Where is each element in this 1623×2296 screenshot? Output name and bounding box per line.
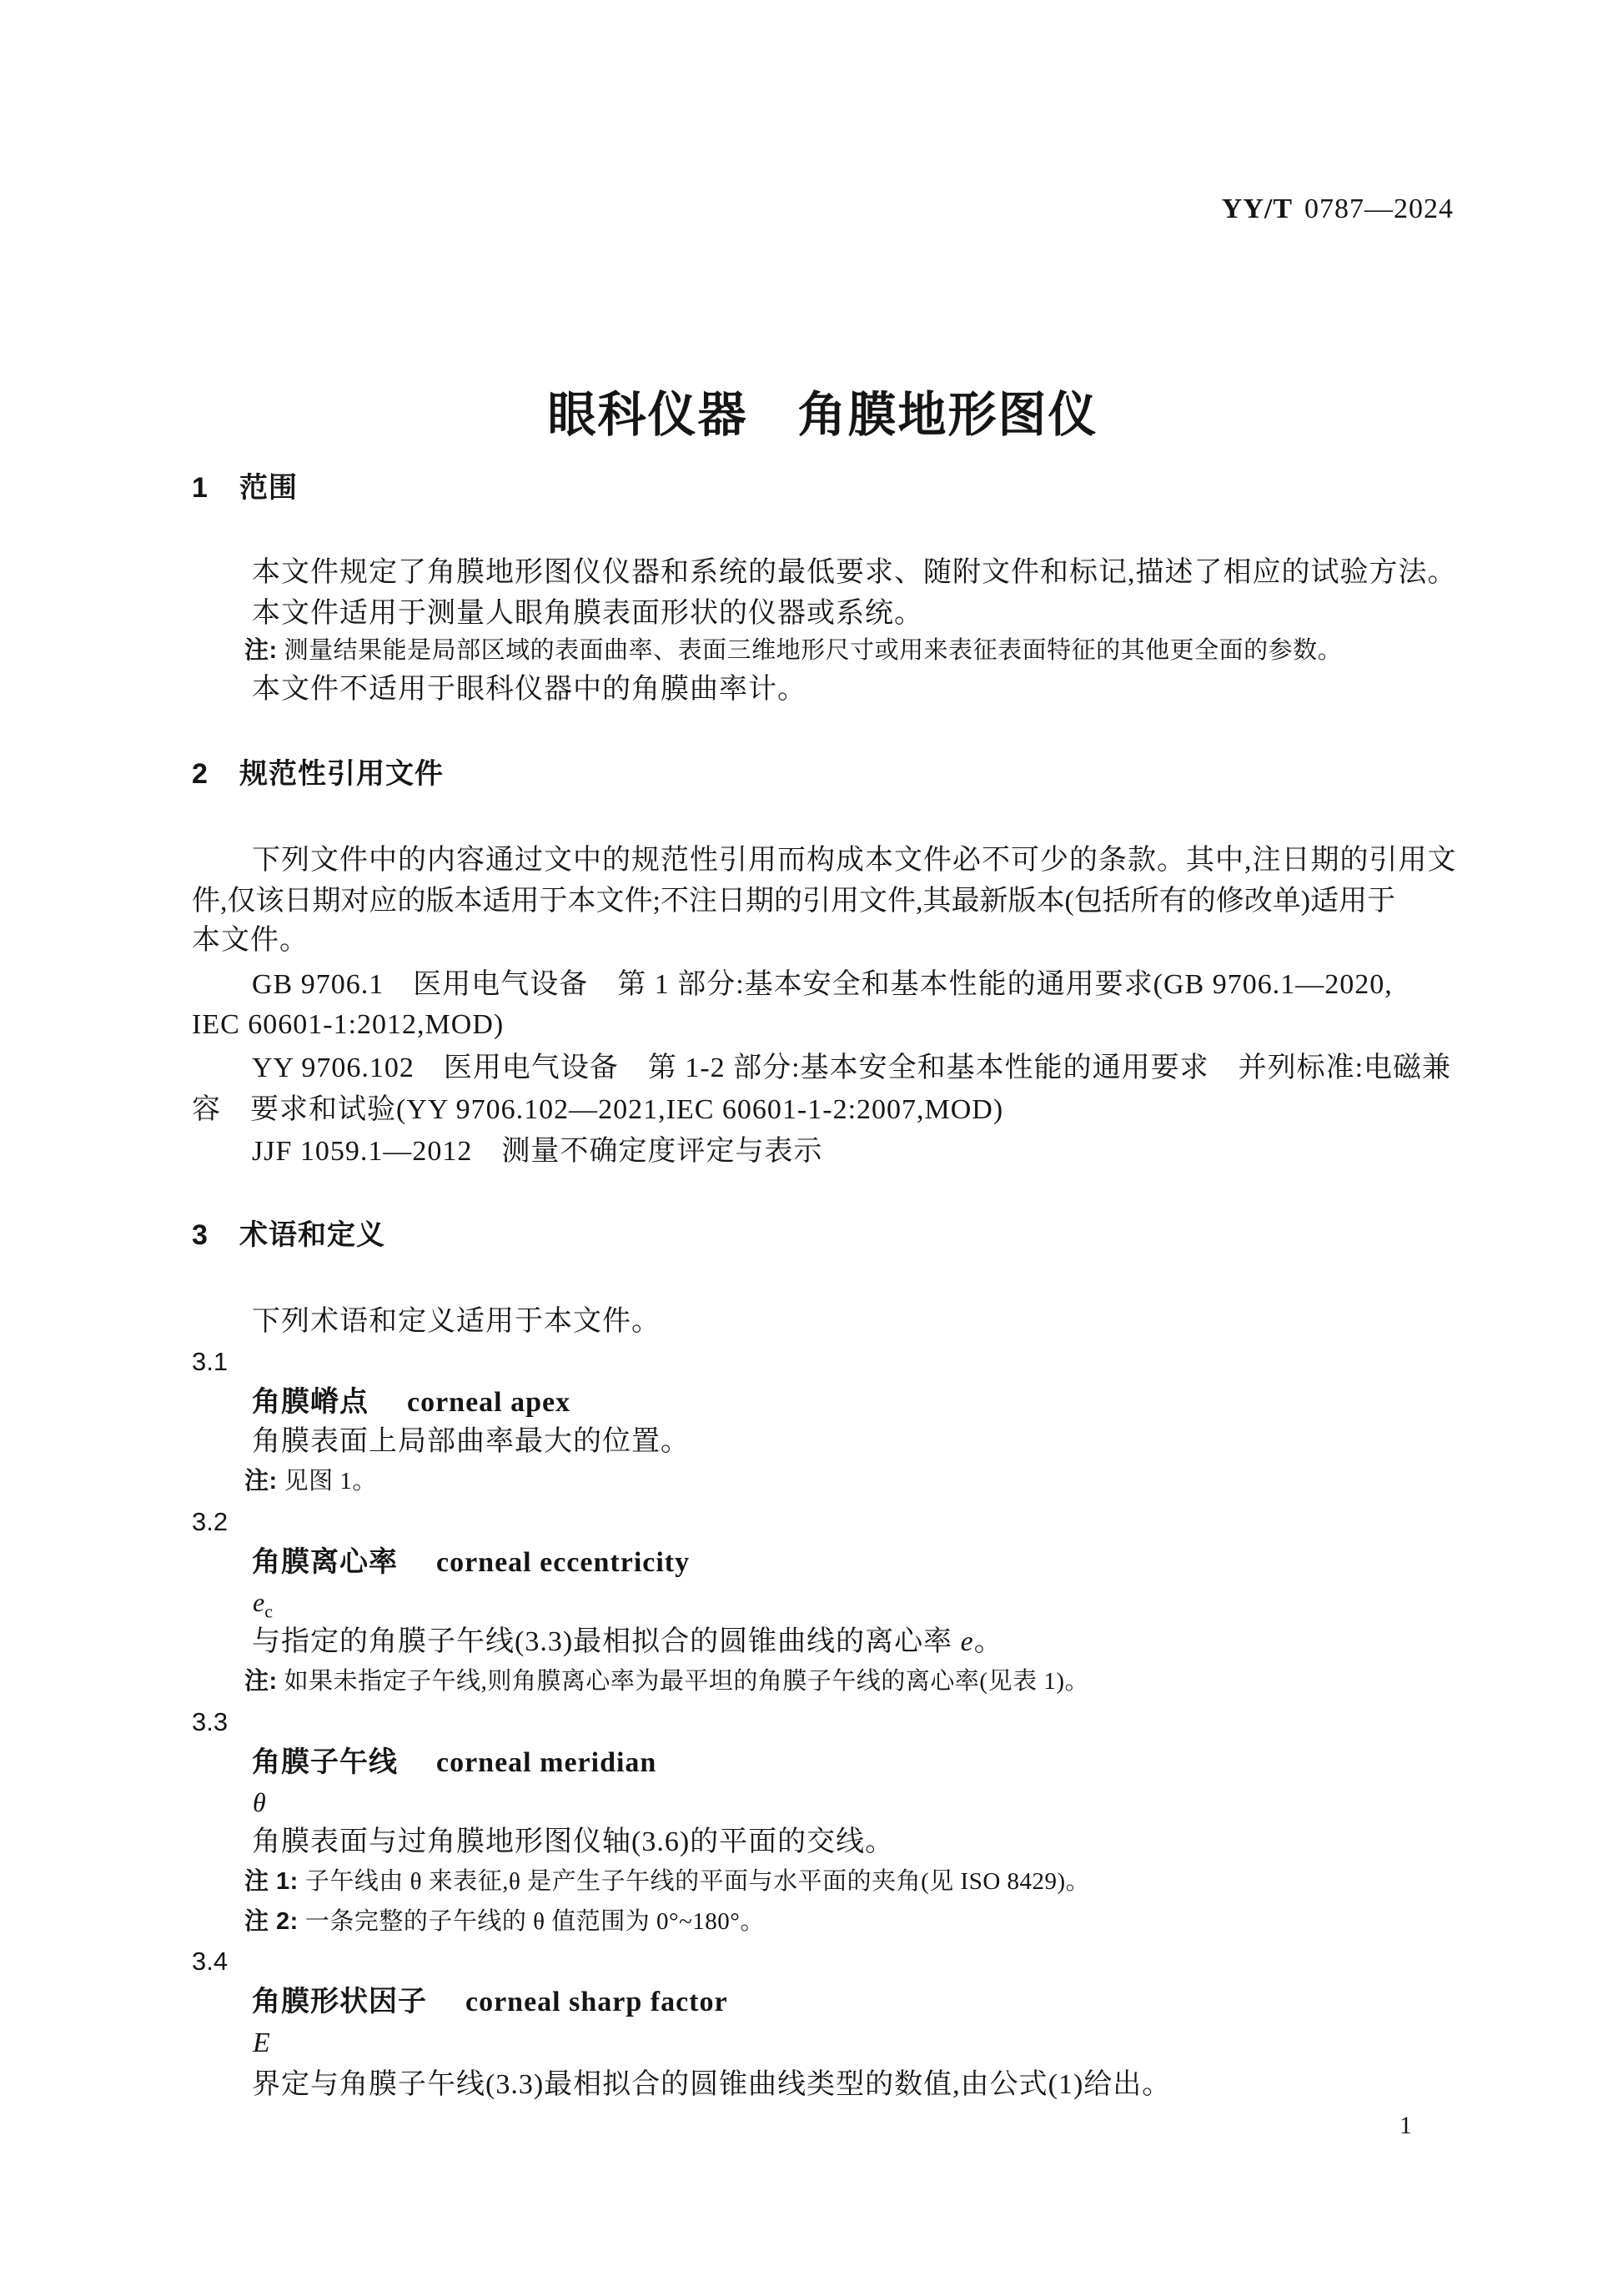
term-3-3-note2-label: 注 2:	[244, 1908, 299, 1935]
term-3-1-zh: 角膜嵴点	[252, 1386, 369, 1418]
s3-intro: 下列术语和定义适用于本文件。	[252, 1308, 661, 1336]
term-3-2-note-label: 注:	[244, 1668, 278, 1695]
section-1-title: 范围	[239, 472, 298, 504]
term-3-2-def-post: 。	[974, 1626, 1003, 1657]
section-3-title: 术语和定义	[239, 1219, 385, 1251]
section-1-heading: 1范围	[192, 474, 298, 502]
s1-paragraph-line3: 本文件不适用于眼科仪器中的角膜曲率计。	[252, 676, 806, 704]
doc-code-prefix: YY/T	[1222, 193, 1293, 224]
s2-ref-yy-line1: YY 9706.102 医用电气设备 第 1-2 部分:基本安全和基本性能的通用…	[252, 1054, 1451, 1083]
term-3-4-en: corneal sharp factor	[465, 1987, 728, 2017]
s1-note: 注:测量结果能是局部区域的表面曲率、表面三维地形尺寸或用来表征表面特征的其他更全…	[244, 639, 1342, 663]
term-3-1-definition: 角膜表面上局部曲率最大的位置。	[252, 1428, 690, 1456]
s1-paragraph-line2: 本文件适用于测量人眼角膜表面形状的仪器或系统。	[252, 600, 923, 628]
term-3-3-symbol: θ	[253, 1789, 266, 1816]
term-3-1-note-label: 注:	[244, 1468, 278, 1495]
doc-title: 眼科仪器 角膜地形图仪	[192, 391, 1454, 440]
term-3-1-note: 注:见图 1。	[244, 1470, 377, 1494]
section-2-number: 2	[192, 760, 239, 788]
term-3-2-note: 注:如果未指定子午线,则角膜离心率为最平坦的角膜子午线的离心率(见表 1)。	[244, 1670, 1089, 1694]
term-3-3-note2-text: 一条完整的子午线的 θ 值范围为 0°~180°。	[305, 1908, 765, 1935]
term-3-3-note2: 注 2:一条完整的子午线的 θ 值范围为 0°~180°。	[244, 1910, 765, 1934]
s2-paragraph-line1: 下列文件中的内容通过文中的规范性引用而构成本文件必不可少的条款。其中,注日期的引…	[252, 847, 1457, 875]
s2-paragraph-line2: 件,仅该日期对应的版本适用于本文件;不注日期的引用文件,其最新版本(包括所有的修…	[192, 887, 1395, 916]
term-3-3-en: corneal meridian	[436, 1747, 656, 1778]
term-3-3: 角膜子午线corneal meridian	[252, 1748, 656, 1777]
term-3-2-note-text: 如果未指定子午线,则角膜离心率为最平坦的角膜子午线的离心率(见表 1)。	[284, 1668, 1089, 1695]
s2-ref-gb-line2: IEC 60601-1:2012,MOD)	[192, 1011, 504, 1039]
term-3-3-definition: 角膜表面与过角膜地形图仪轴(3.6)的平面的交线。	[252, 1828, 894, 1856]
term-3-2-symbol: ec	[253, 1589, 273, 1620]
term-3-1-number: 3.1	[192, 1349, 228, 1374]
doc-code-suffix: 0787—2024	[1304, 193, 1454, 224]
s2-ref-yy-line2: 容 要求和试验(YY 9706.102—2021,IEC 60601-1-2:2…	[192, 1096, 1003, 1124]
doc-code: YY/T0787—2024	[1222, 195, 1454, 224]
s2-ref-gb-line1: GB 9706.1 医用电气设备 第 1 部分:基本安全和基本性能的通用要求(G…	[252, 971, 1393, 999]
term-3-1: 角膜嵴点corneal apex	[252, 1388, 570, 1417]
term-3-4-definition: 界定与角膜子午线(3.3)最相拟合的圆锥曲线类型的数值,由公式(1)给出。	[252, 2071, 1171, 2099]
term-3-2-number: 3.2	[192, 1509, 228, 1535]
term-3-3-note1-text: 子午线由 θ 来表征,θ 是产生子午线的平面与水平面的夹角(见 ISO 8429…	[305, 1868, 1090, 1895]
s1-paragraph-line1: 本文件规定了角膜地形图仪仪器和系统的最低要求、随附文件和标记,描述了相应的试验方…	[252, 559, 1457, 587]
term-3-2-zh: 角膜离心率	[252, 1546, 398, 1578]
term-3-2-en: corneal eccentricity	[436, 1547, 690, 1578]
term-3-3-zh: 角膜子午线	[252, 1746, 398, 1778]
term-3-4-symbol: E	[253, 2029, 270, 2057]
section-2-heading: 2规范性引用文件	[192, 760, 444, 788]
s2-paragraph-line3: 本文件。	[192, 927, 309, 955]
section-1-number: 1	[192, 474, 239, 502]
term-3-3-note1: 注 1:子午线由 θ 来表征,θ 是产生子午线的平面与水平面的夹角(见 ISO …	[244, 1870, 1090, 1894]
term-3-2-definition: 与指定的角膜子午线(3.3)最相拟合的圆锥曲线的离心率 e。	[252, 1628, 1003, 1656]
section-3-number: 3	[192, 1221, 239, 1249]
term-3-3-note1-label: 注 1:	[244, 1868, 299, 1895]
term-3-4-zh: 角膜形状因子	[252, 1986, 427, 2017]
page-number: 1	[1399, 2113, 1413, 2138]
s2-ref-jjf: JJF 1059.1—2012 测量不确定度评定与表示	[252, 1138, 822, 1166]
term-3-1-note-text: 见图 1。	[284, 1468, 377, 1495]
term-3-1-en: corneal apex	[407, 1387, 570, 1418]
s1-note-text: 测量结果能是局部区域的表面曲率、表面三维地形尺寸或用来表征表面特征的其他更全面的…	[284, 637, 1343, 664]
section-3-heading: 3术语和定义	[192, 1221, 385, 1249]
document-page: YY/T0787—2024 眼科仪器 角膜地形图仪 1范围 本文件规定了角膜地形…	[0, 0, 1623, 2296]
term-3-2: 角膜离心率corneal eccentricity	[252, 1548, 690, 1577]
term-3-4: 角膜形状因子corneal sharp factor	[252, 1987, 728, 2017]
term-3-3-number: 3.3	[192, 1709, 228, 1735]
section-2-title: 规范性引用文件	[239, 758, 444, 790]
s1-note-label: 注:	[244, 637, 278, 664]
term-3-4-number: 3.4	[192, 1948, 228, 1974]
term-3-2-def-symbol: e	[961, 1626, 974, 1657]
term-3-2-def-pre: 与指定的角膜子午线(3.3)最相拟合的圆锥曲线的离心率	[252, 1626, 961, 1657]
term-3-2-symbol-sub: c	[264, 1600, 273, 1621]
term-3-2-symbol-main: e	[253, 1587, 264, 1617]
